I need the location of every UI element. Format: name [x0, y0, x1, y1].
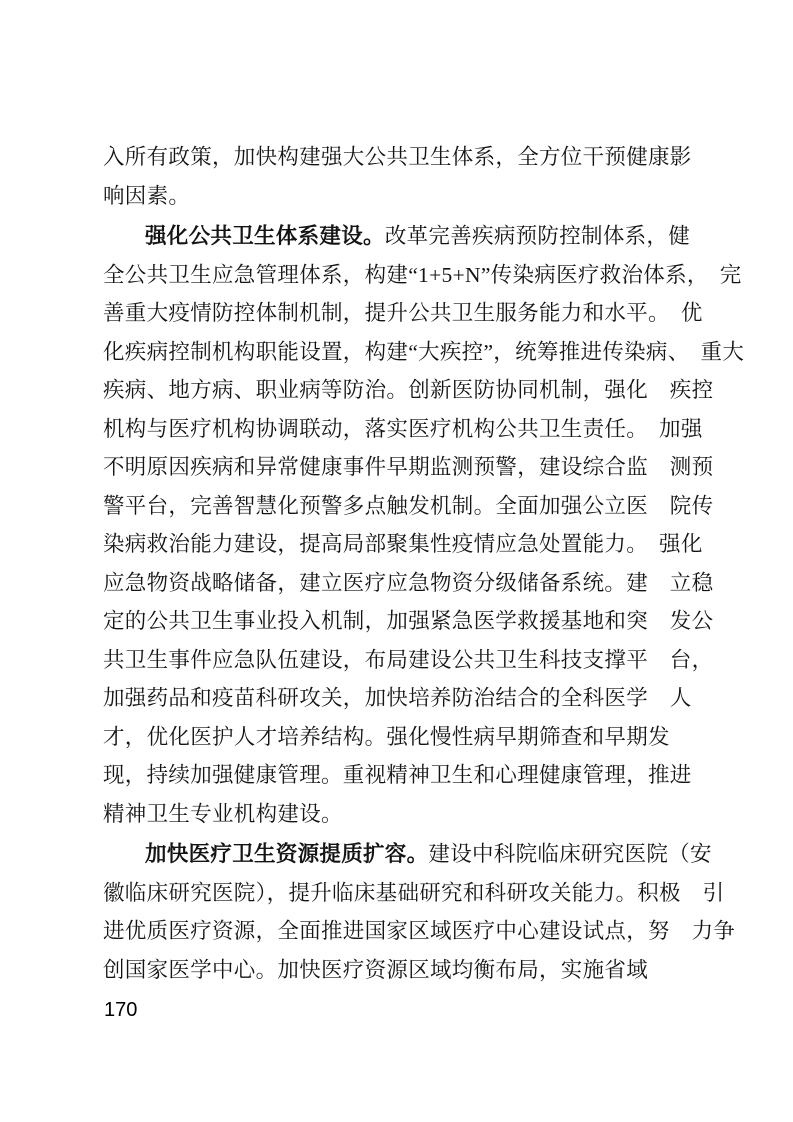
page-number: 170: [104, 997, 137, 1023]
line-text: 入所有政策，加快构建强大公共卫生体系，全方位干预健康影: [103, 145, 692, 169]
document-page: 入所有政策，加快构建强大公共卫生体系，全方位干预健康影 响因素。 强化公共卫生体…: [0, 0, 793, 1122]
line-text: 染病救治能力建设，提高局部聚集性疫情应急处置能力。 强化: [103, 532, 703, 556]
line-text: 加强药品和疫苗科研攻关，加快培养防治结合的全科医学 人: [103, 686, 692, 710]
text-line: 机构与医疗机构协调联动，落实医疗机构公共卫生责任。 加强: [103, 410, 703, 449]
line-text: 创国家医学中心。加快医疗资源区域均衡布局，实施省域: [103, 958, 648, 982]
body-text: 入所有政策，加快构建强大公共卫生体系，全方位干预健康影 响因素。 强化公共卫生体…: [103, 138, 703, 989]
text-line: 善重大疫情防控体制机制，提升公共卫生服务能力和水平。 优: [103, 294, 703, 333]
line-text: 现，持续加强健康管理。重视精神卫生和心理健康管理，推进: [103, 763, 692, 787]
line-text: 响因素。: [103, 184, 190, 208]
line-text: 不明原因疾病和异常健康事件早期监测预警，建设综合监 测预: [103, 455, 713, 479]
text-line: 全公共卫生应急管理体系，构建“1+5+N”传染病医疗救治体系， 完: [103, 256, 703, 295]
text-line: 强化公共卫生体系建设。改革完善疾病预防控制体系，健: [103, 217, 703, 256]
line-text: 定的公共卫生事业投入机制，加强紧急医学救援基地和突 发公: [103, 609, 713, 633]
paragraph-lead-bold: 加快医疗卫生资源提质扩容。: [145, 842, 428, 866]
line-text: 改革完善疾病预防控制体系，健: [385, 224, 690, 248]
paragraph-continuation: 入所有政策，加快构建强大公共卫生体系，全方位干预健康影 响因素。: [103, 138, 703, 215]
text-line: 现，持续加强健康管理。重视精神卫生和心理健康管理，推进: [103, 756, 703, 795]
paragraph-lead-bold: 强化公共卫生体系建设。: [145, 224, 385, 248]
text-line: 创国家医学中心。加快医疗资源区域均衡布局，实施省域: [103, 951, 703, 990]
paragraph-medical-resources: 加快医疗卫生资源提质扩容。建设中科院临床研究医院（安 徽临床研究医院），提升临床…: [103, 835, 703, 989]
line-text: 应急物资战略储备，建立医疗应急物资分级储备系统。建 立稳: [103, 571, 713, 595]
text-line: 加强药品和疫苗科研攻关，加快培养防治结合的全科医学 人: [103, 679, 703, 718]
text-line: 才，优化医护人才培养结构。强化慢性病早期筛查和早期发: [103, 718, 703, 757]
line-text: 善重大疫情防控体制机制，提升公共卫生服务能力和水平。 优: [103, 301, 703, 325]
text-line: 疾病、地方病、职业病等防治。创新医防协同机制，强化 疾控: [103, 371, 703, 410]
line-text: 才，优化医护人才培养结构。强化慢性病早期筛查和早期发: [103, 725, 670, 749]
text-line: 染病救治能力建设，提高局部聚集性疫情应急处置能力。 强化: [103, 525, 703, 564]
text-line: 精神卫生专业机构建设。: [103, 795, 703, 834]
text-line: 入所有政策，加快构建强大公共卫生体系，全方位干预健康影: [103, 138, 703, 177]
line-text: 警平台，完善智慧化预警多点触发机制。全面加强公立医 院传: [103, 494, 713, 518]
line-text: 进优质医疗资源，全面推进国家区域医疗中心建设试点，努 力争: [103, 919, 735, 943]
line-text: 化疾病控制机构职能设置，构建“大疾控”，统筹推进传染病、 重大: [103, 340, 744, 364]
text-line: 化疾病控制机构职能设置，构建“大疾控”，统筹推进传染病、 重大: [103, 333, 703, 372]
line-text: 全公共卫生应急管理体系，构建“1+5+N”传染病医疗救治体系， 完: [103, 263, 742, 287]
text-line: 共卫生事件应急队伍建设，布局建设公共卫生科技支撑平 台，: [103, 641, 703, 680]
text-line: 响因素。: [103, 177, 703, 216]
line-text: 机构与医疗机构协调联动，落实医疗机构公共卫生责任。 加强: [103, 417, 703, 441]
paragraph-public-health-system: 强化公共卫生体系建设。改革完善疾病预防控制体系，健 全公共卫生应急管理体系，构建…: [103, 217, 703, 833]
text-line: 应急物资战略储备，建立医疗应急物资分级储备系统。建 立稳: [103, 564, 703, 603]
text-line: 警平台，完善智慧化预警多点触发机制。全面加强公立医 院传: [103, 487, 703, 526]
text-line: 加快医疗卫生资源提质扩容。建设中科院临床研究医院（安: [103, 835, 703, 874]
text-line: 进优质医疗资源，全面推进国家区域医疗中心建设试点，努 力争: [103, 912, 703, 951]
text-line: 不明原因疾病和异常健康事件早期监测预警，建设综合监 测预: [103, 448, 703, 487]
text-line: 徽临床研究医院），提升临床基础研究和科研攻关能力。积极 引: [103, 874, 703, 913]
text-line: 定的公共卫生事业投入机制，加强紧急医学救援基地和突 发公: [103, 602, 703, 641]
line-text: 徽临床研究医院），提升临床基础研究和科研攻关能力。积极 引: [103, 881, 724, 905]
line-text: 共卫生事件应急队伍建设，布局建设公共卫生科技支撑平 台，: [103, 648, 713, 672]
line-text: 精神卫生专业机构建设。: [103, 802, 343, 826]
line-text: 疾病、地方病、职业病等防治。创新医防协同机制，强化 疾控: [103, 378, 713, 402]
line-text: 建设中科院临床研究医院（安: [428, 842, 711, 866]
